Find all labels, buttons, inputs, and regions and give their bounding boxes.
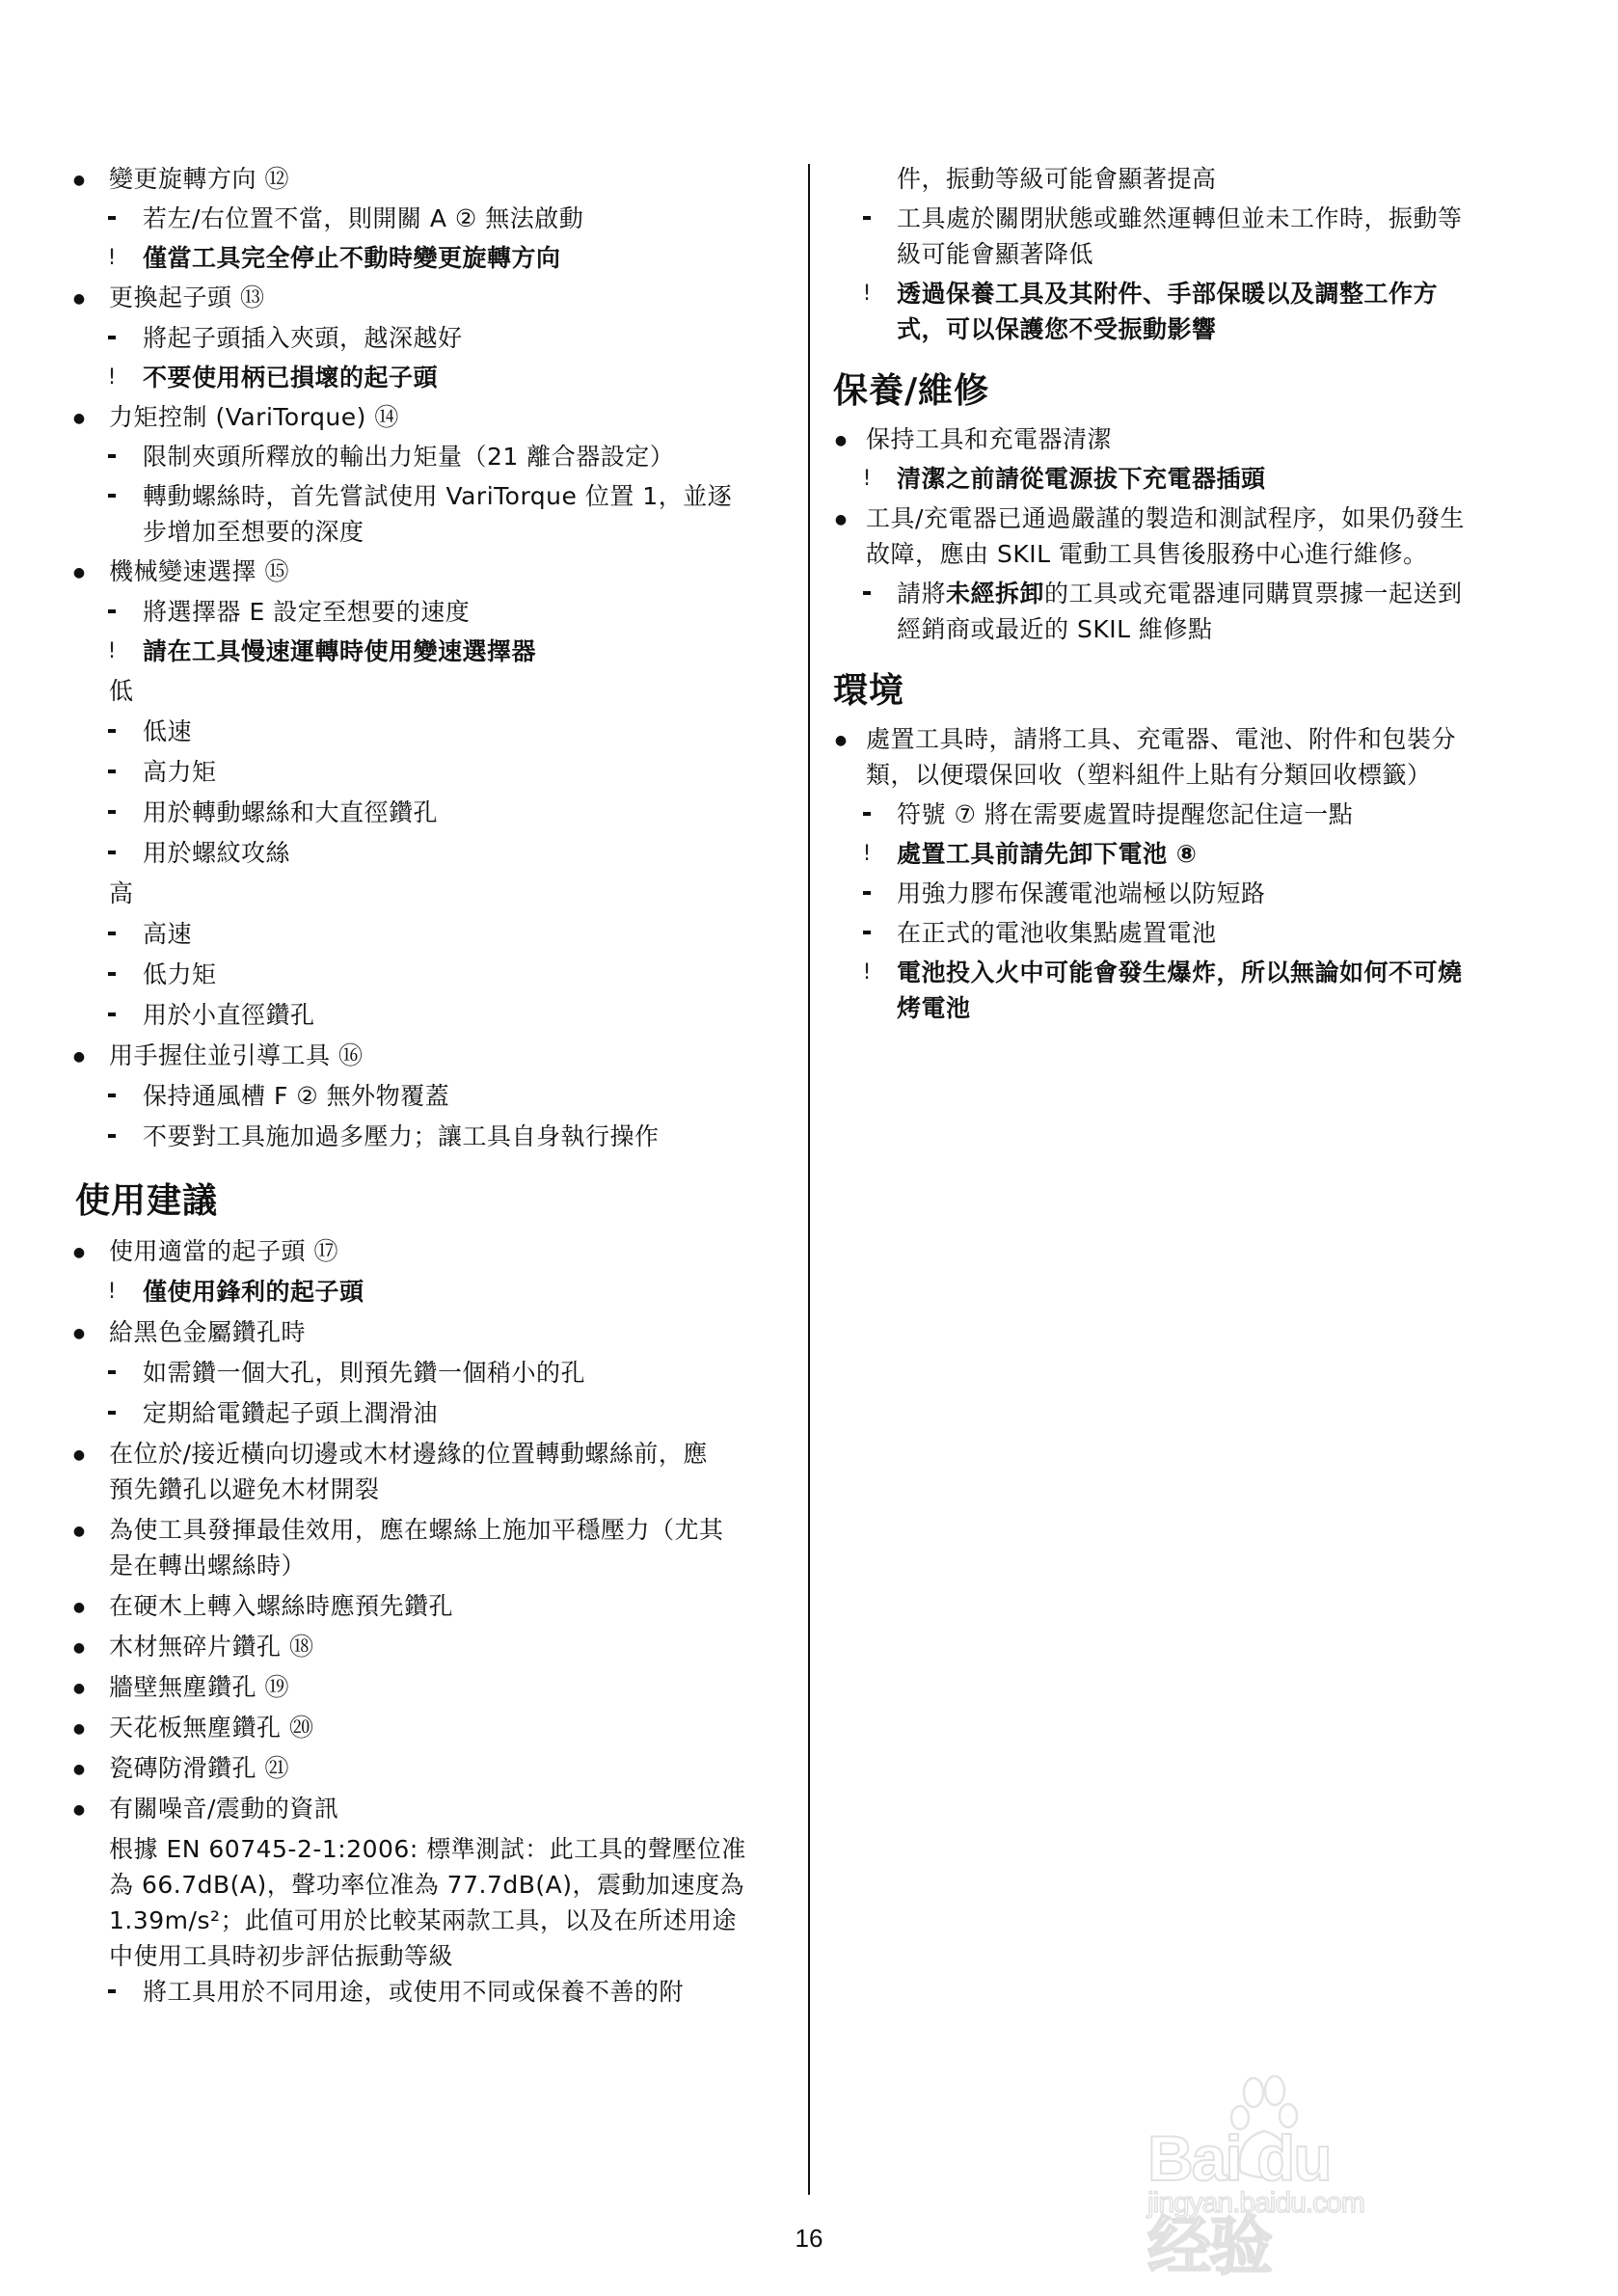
bullet-icon	[831, 725, 850, 754]
column-divider	[808, 164, 810, 2195]
warning-exclamation-icon: !	[857, 465, 876, 494]
bullet-icon	[69, 403, 89, 432]
baidu-jingyan-watermark: Bai du 经验 jingyan.baidu.com	[1147, 2054, 1379, 2228]
warning-text: 透過保養工具及其附件、手部保暖以及調整工作方	[897, 280, 1438, 309]
text-line: 件，振動等級可能會顯著提高	[897, 165, 1217, 194]
watermark-url: jingyan.baidu.com	[1147, 2187, 1364, 2220]
list-item: 有關噪音/震動的資訊	[109, 1795, 338, 1823]
list-subitem: 將工具用於不同用途，或使用不同或保養不善的附	[143, 1978, 684, 2007]
dash-icon	[102, 717, 121, 746]
text-line: 是在轉出螺絲時）	[109, 1552, 306, 1580]
dash-icon	[102, 1359, 121, 1388]
list-subitem: 在正式的電池收集點處置電池	[897, 919, 1217, 948]
text-line: 步增加至想要的深度	[143, 518, 364, 547]
list-subitem: 限制夾頭所釋放的輸出力矩量（21 離合器設定）	[143, 443, 674, 472]
warning-text: 請在工具慢速運轉時使用變速選擇器	[143, 637, 536, 666]
dash-icon	[102, 798, 121, 827]
dash-icon	[102, 204, 121, 233]
bullet-icon	[69, 1516, 89, 1545]
page-number: 16	[790, 2224, 828, 2253]
list-item: 給黑色金屬鑽孔時	[109, 1318, 306, 1347]
warning-text: 處置工具前請先卸下電池 ⑧	[897, 840, 1197, 869]
bullet-icon	[69, 1440, 89, 1469]
list-subitem: 用於轉動螺絲和大直徑鑽孔	[143, 798, 438, 827]
bullet-icon	[69, 1714, 89, 1742]
text-line: 低	[109, 677, 134, 706]
text-line: 高	[109, 879, 134, 908]
dash-icon	[102, 1978, 121, 2007]
dash-icon	[102, 1001, 121, 1030]
text-line: 預先鑽孔以避免木材開裂	[109, 1475, 380, 1504]
emphasis-text: 未經拆卸	[946, 580, 1044, 608]
list-item: 工具/充電器已通過嚴謹的製造和測試程序，如果仍發生	[866, 504, 1465, 533]
list-subitem: 高力矩	[143, 758, 217, 787]
warning-text: 電池投入火中可能會發生爆炸，所以無論如何不可燒	[897, 959, 1463, 987]
list-subitem: 高速	[143, 920, 192, 949]
warning-text: 不要使用柄已損壞的起子頭	[143, 364, 438, 392]
text-line: 級可能會顯著降低	[897, 240, 1093, 269]
list-item: 更換起子頭 ⑬	[109, 284, 264, 312]
text-line: 類，以便環保回收（塑料組件上貼有分類回收標籤）	[866, 761, 1432, 790]
section-heading: 保養/維修	[833, 372, 989, 411]
list-subitem: 工具處於關閉狀態或雖然運轉但並未工作時，振動等	[897, 204, 1463, 233]
bullet-icon	[69, 165, 89, 194]
dash-icon	[102, 1082, 121, 1111]
list-subitem: 請將未經拆卸的工具或充電器連同購買票據一起送到	[897, 580, 1463, 608]
text-run: 請將	[897, 580, 946, 608]
list-subitem: 用強力膠布保護電池端極以防短路	[897, 879, 1266, 908]
list-subitem: 低力矩	[143, 960, 217, 989]
warning-exclamation-icon: !	[857, 280, 876, 309]
text-line: 經銷商或最近的 SKIL 維修點	[897, 615, 1212, 644]
warning-text: 僅當工具完全停止不動時變更旋轉方向	[143, 244, 561, 273]
warning-exclamation-icon: !	[857, 840, 876, 869]
list-item: 處置工具時，請將工具、充電器、電池、附件和包裝分	[866, 725, 1456, 754]
list-item: 牆壁無塵鑽孔 ⑲	[109, 1673, 289, 1702]
warning-exclamation-icon: !	[102, 1278, 121, 1307]
text-line: 1.39m/s²；此值可用於比較某兩款工具，以及在所述用途	[109, 1906, 737, 1935]
warning-text: 烤電池	[897, 994, 971, 1023]
dash-icon	[102, 920, 121, 949]
warning-exclamation-icon: !	[102, 364, 121, 392]
list-item: 天花板無塵鑽孔 ⑳	[109, 1714, 313, 1742]
warning-exclamation-icon: !	[102, 637, 121, 666]
list-subitem: 用於小直徑鑽孔	[143, 1001, 315, 1030]
list-subitem: 如需鑽一個大孔，則預先鑽一個稍小的孔	[143, 1359, 585, 1388]
list-subitem: 用於螺紋攻絲	[143, 839, 290, 868]
bullet-icon	[69, 557, 89, 586]
list-subitem: 將選擇器 E 設定至想要的速度	[143, 598, 470, 627]
list-item: 在硬木上轉入螺絲時應預先鑽孔	[109, 1592, 453, 1621]
dash-icon	[857, 204, 876, 233]
warning-exclamation-icon: !	[102, 244, 121, 273]
list-subitem: 低速	[143, 717, 192, 746]
warning-text: 清潔之前請從電源拔下充電器插頭	[897, 465, 1266, 494]
list-subitem: 符號 ⑦ 將在需要處置時提醒您記住這一點	[897, 800, 1353, 829]
section-heading: 使用建議	[75, 1182, 218, 1221]
list-item: 用手握住並引導工具 ⑯	[109, 1041, 363, 1070]
list-item: 木材無碎片鑽孔 ⑱	[109, 1633, 313, 1661]
text-line: 根據 EN 60745-2-1:2006: 標準測試：此工具的聲壓位准	[109, 1835, 746, 1864]
bullet-icon	[831, 504, 850, 533]
bullet-icon	[69, 1592, 89, 1621]
dash-icon	[857, 879, 876, 908]
dash-icon	[102, 1122, 121, 1151]
dash-icon	[102, 1399, 121, 1428]
list-item: 機械變速選擇 ⑮	[109, 557, 289, 586]
text-line: 故障，應由 SKIL 電動工具售後服務中心進行維修。	[866, 540, 1427, 569]
dash-icon	[102, 443, 121, 472]
text-run: 的工具或充電器連同購買票據一起送到	[1044, 580, 1463, 608]
bullet-icon	[831, 425, 850, 454]
dash-icon	[857, 580, 876, 608]
list-subitem: 保持通風槽 F ② 無外物覆蓋	[143, 1082, 449, 1111]
bullet-icon	[69, 1795, 89, 1823]
list-item: 瓷磚防滑鑽孔 ㉑	[109, 1754, 289, 1783]
bullet-icon	[69, 1041, 89, 1070]
bullet-icon	[69, 284, 89, 312]
warning-exclamation-icon: !	[857, 959, 876, 987]
bullet-icon	[69, 1318, 89, 1347]
list-subitem: 若左/右位置不當，則開關 A ② 無法啟動	[143, 204, 583, 233]
list-item: 保持工具和充電器清潔	[866, 425, 1112, 454]
list-item: 為使工具發揮最佳效用，應在螺絲上施加平穩壓力（尤其	[109, 1516, 724, 1545]
dash-icon	[102, 960, 121, 989]
bullet-icon	[69, 1673, 89, 1702]
dash-icon	[102, 758, 121, 787]
warning-text: 僅使用鋒利的起子頭	[143, 1278, 364, 1307]
list-item: 變更旋轉方向 ⑫	[109, 165, 289, 194]
list-subitem: 不要對工具施加過多壓力；讓工具自身執行操作	[143, 1122, 660, 1151]
section-heading: 環境	[833, 672, 904, 711]
list-subitem: 轉動螺絲時，首先嘗試使用 VariTorque 位置 1，並逐	[143, 482, 732, 511]
text-line: 中使用工具時初步評估振動等級	[109, 1942, 453, 1971]
text-line: 為 66.7dB(A)，聲功率位准為 77.7dB(A)，震動加速度為	[109, 1871, 744, 1900]
warning-text: 式，可以保護您不受振動影響	[897, 315, 1217, 344]
dash-icon	[857, 919, 876, 948]
bullet-icon	[69, 1754, 89, 1783]
dash-icon	[102, 598, 121, 627]
bullet-icon	[69, 1633, 89, 1661]
list-subitem: 定期給電鑽起子頭上潤滑油	[143, 1399, 438, 1428]
list-subitem: 將起子頭插入夾頭，越深越好	[143, 324, 463, 353]
dash-icon	[857, 800, 876, 829]
list-item: 使用適當的起子頭 ⑰	[109, 1237, 338, 1266]
list-item: 力矩控制 (VariTorque) ⑭	[109, 403, 399, 432]
dash-icon	[102, 324, 121, 353]
list-item: 在位於/接近橫向切邊或木材邊緣的位置轉動螺絲前，應	[109, 1440, 708, 1469]
dash-icon	[102, 839, 121, 868]
dash-icon	[102, 482, 121, 511]
bullet-icon	[69, 1237, 89, 1266]
